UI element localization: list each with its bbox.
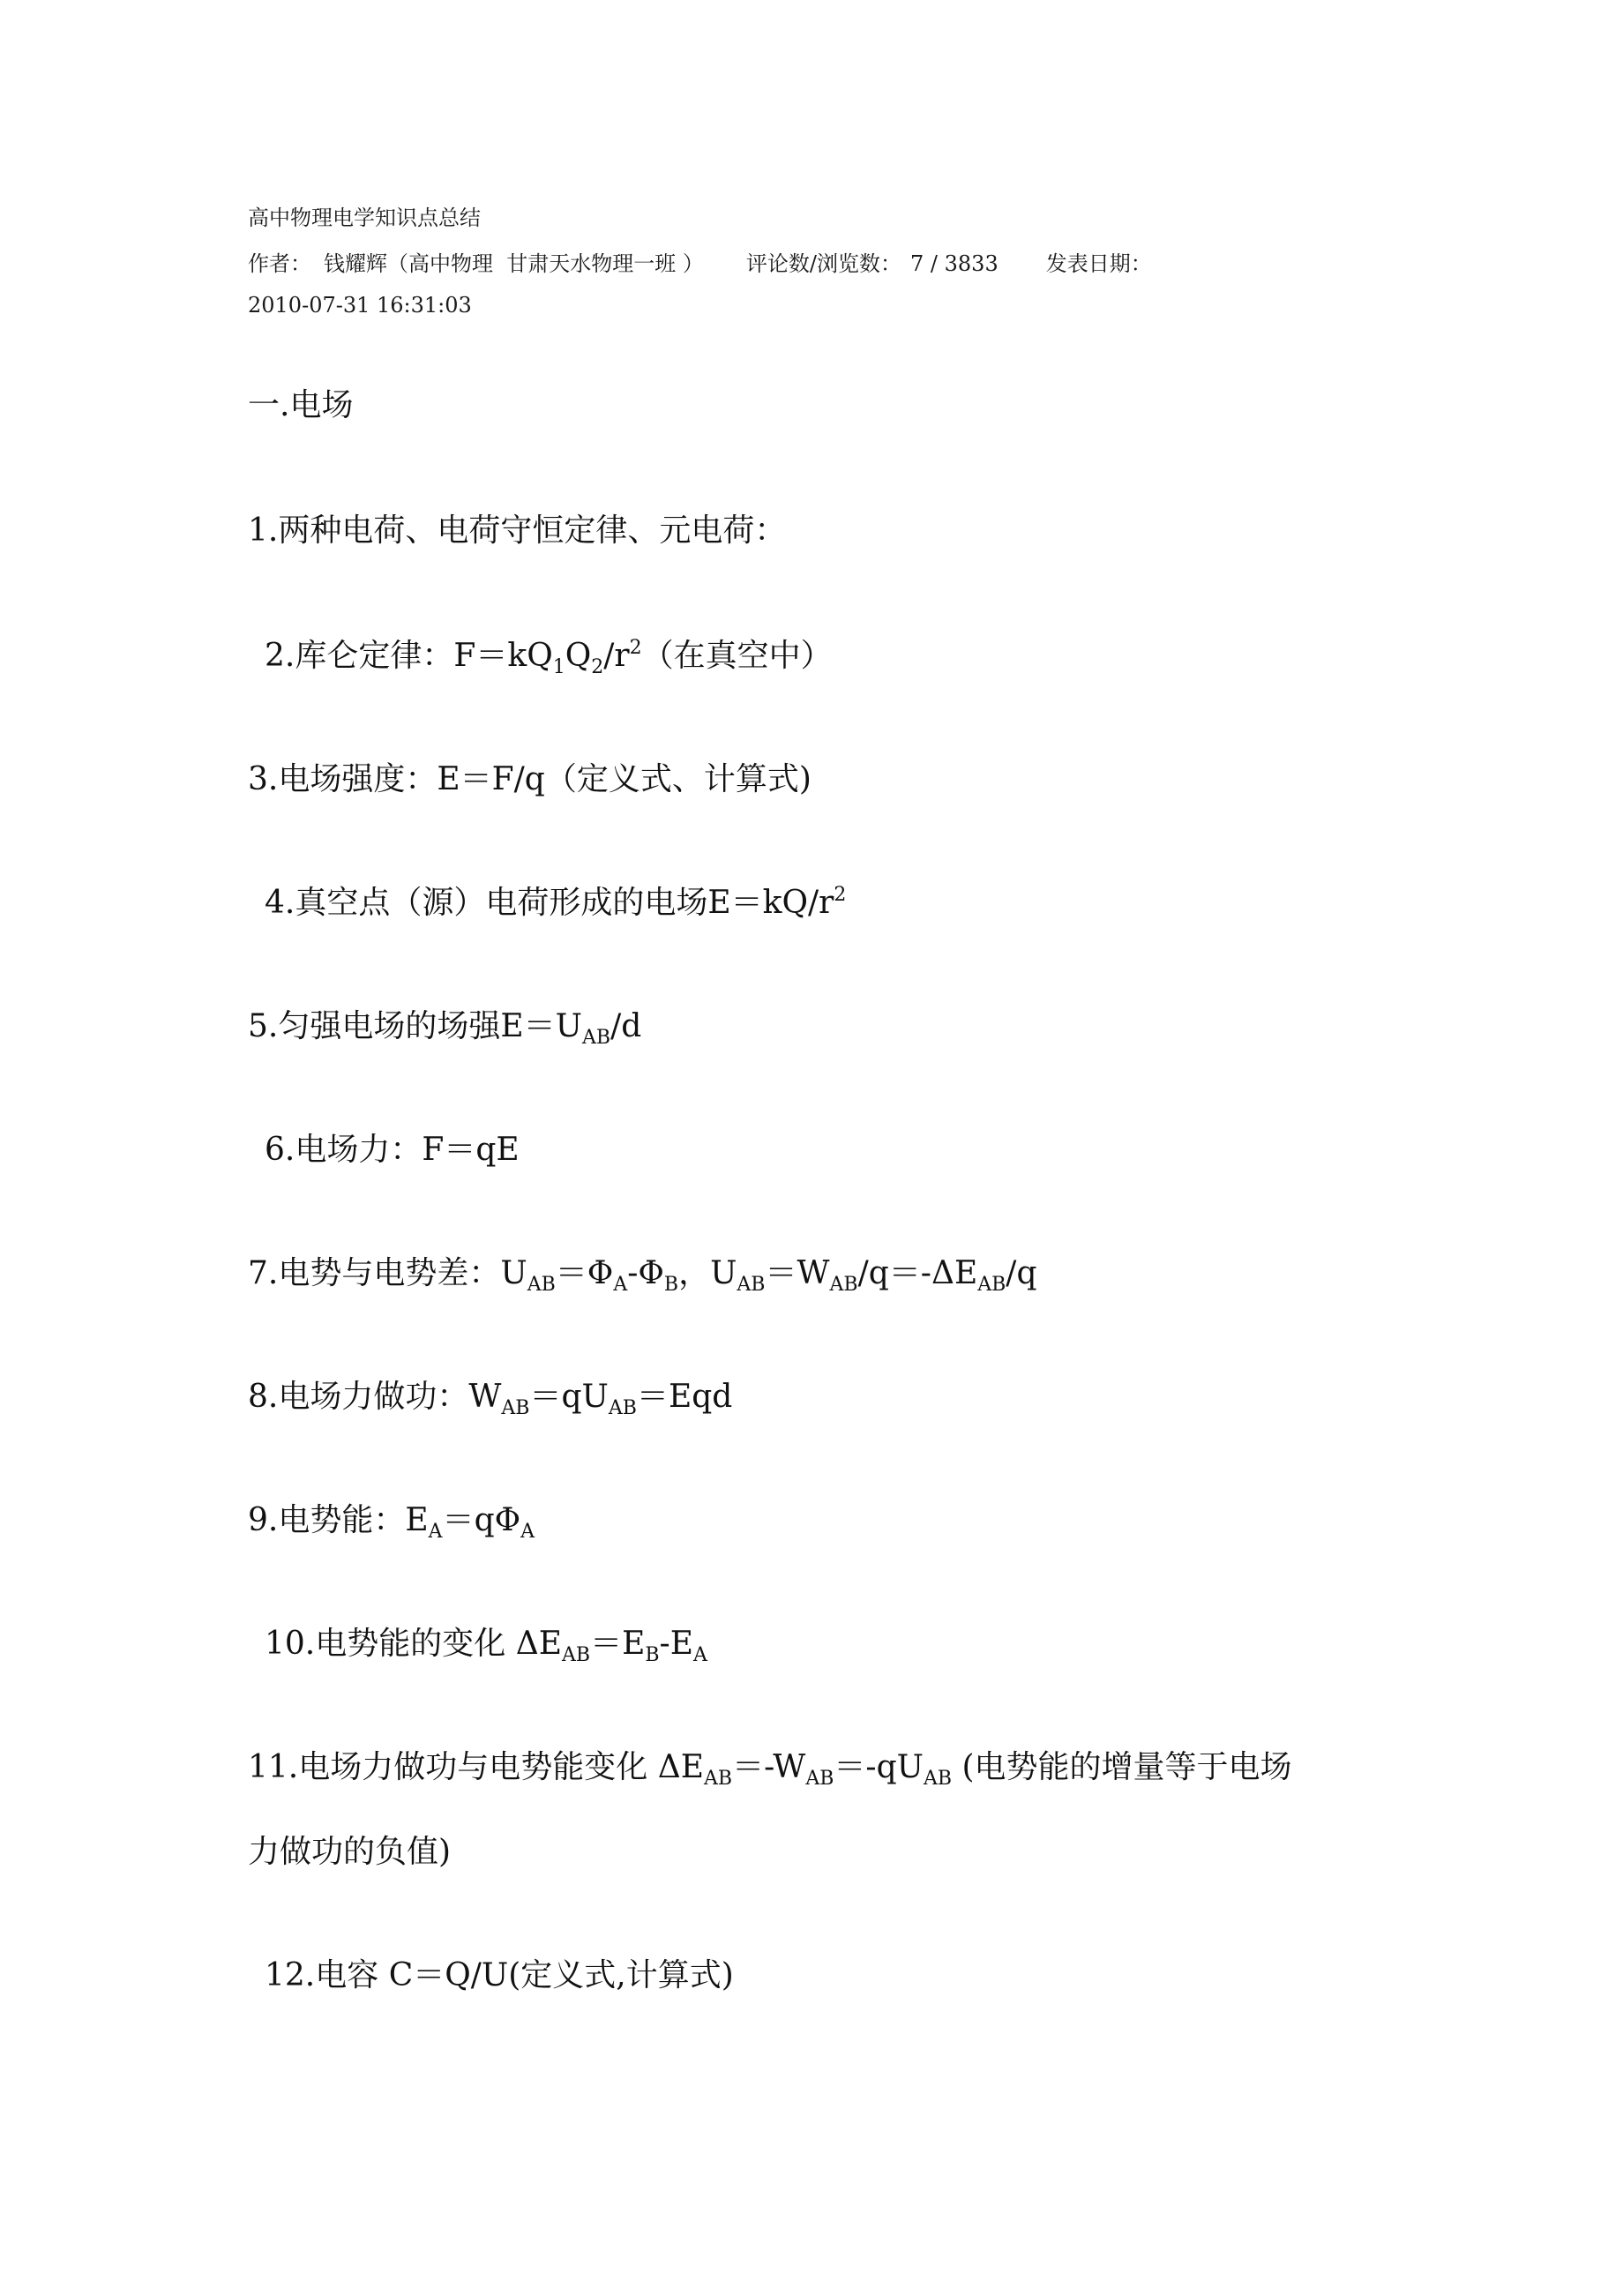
list-item: 8.电场力做功：WAB＝qUAB＝Eqd: [248, 1378, 732, 1417]
item-number: 8.: [248, 1379, 278, 1415]
formula: E＝kQ/r2: [707, 885, 846, 921]
author-label: 作者：: [248, 251, 311, 276]
list-item: 9.电势能：EA＝qΦA: [248, 1501, 535, 1540]
item-label: 电场强度：: [278, 761, 437, 797]
stats-separator: /: [931, 251, 938, 276]
list-item: 2.库仑定律：F＝kQ1Q2/r2（在真空中）: [265, 637, 833, 676]
item-number: 2.: [265, 638, 295, 674]
list-item: 7.电势与电势差：UAB＝ΦA-ΦB，UAB＝WAB/q＝-ΔEAB/q: [248, 1254, 1036, 1293]
item-label: 电势能：: [278, 1502, 405, 1538]
formula: E＝F/q: [437, 761, 544, 797]
formula: EA＝qΦA: [405, 1502, 535, 1538]
formula: F＝qE: [422, 1132, 519, 1168]
list-item: 3.电场强度：E＝F/q（定义式、计算式): [248, 760, 811, 799]
item-number: 6.: [265, 1132, 295, 1168]
item-number: 11.: [248, 1749, 298, 1785]
item-number: 1.: [248, 512, 278, 549]
formula: ΔEAB＝-WAB＝-qUAB: [658, 1749, 952, 1785]
item-label: 电场力做功与电势能变化: [298, 1749, 647, 1785]
list-item: 6.电场力：F＝qE: [265, 1131, 520, 1170]
item-label: 匀强电场的场强: [278, 1008, 500, 1044]
formula: ΔEAB＝EB-EA: [516, 1626, 707, 1662]
item-number: 4.: [265, 885, 295, 921]
date-label: 发表日期：: [1046, 251, 1152, 276]
item-label: 电场力：: [295, 1132, 422, 1168]
formula: C＝Q/U: [389, 1957, 509, 1993]
formula: F＝kQ1Q2/r2: [453, 638, 641, 674]
list-item: 1.两种电荷、电荷守恒定律、元电荷：: [248, 512, 786, 550]
document-title: 高中物理电学知识点总结: [248, 205, 481, 231]
item-label: 库仑定律：: [295, 638, 453, 674]
item-text: 两种电荷、电荷守恒定律、元电荷：: [278, 512, 786, 549]
item-number: 7.: [248, 1255, 278, 1291]
publish-date: 2010-07-31 16:31:03: [248, 292, 472, 318]
list-item: 10.电势能的变化 ΔEAB＝EB-EA: [265, 1625, 707, 1664]
list-item-continuation: 力做功的负值): [248, 1833, 451, 1872]
item-label: 电势能的变化: [315, 1626, 505, 1662]
item-number: 5.: [248, 1008, 278, 1044]
stats-label: 评论数/浏览数：: [746, 251, 901, 276]
list-item: 11.电场力做功与电势能变化 ΔEAB＝-WAB＝-qUAB (电势能的增量等于…: [248, 1748, 1292, 1787]
item-label: 真空点（源）电荷形成的电场: [295, 885, 707, 921]
formula: E＝UAB/d: [500, 1008, 641, 1044]
item-number: 10.: [265, 1626, 315, 1662]
author-name: 钱耀辉（高中物理 甘肃天水物理一班 ）: [324, 251, 704, 276]
list-item: 4.真空点（源）电荷形成的电场E＝kQ/r2: [265, 884, 846, 923]
item-label: 电势与电势差：: [278, 1255, 500, 1291]
item-label: 电场力做功：: [278, 1379, 468, 1415]
meta-line: 作者：钱耀辉（高中物理 甘肃天水物理一班 ）评论数/浏览数：7 / 3833发表…: [248, 251, 1152, 277]
item-note: （在真空中）: [642, 638, 833, 674]
item-note: （定义式、计算式): [545, 761, 811, 797]
item-label: 电容: [315, 1957, 378, 1993]
section-title: 一.电场: [248, 386, 353, 425]
view-count: 3833: [945, 251, 998, 276]
list-item: 5.匀强电场的场强E＝UAB/d: [248, 1007, 641, 1046]
list-item: 12.电容 C＝Q/U(定义式,计算式): [265, 1956, 734, 1995]
item-number: 12.: [265, 1957, 315, 1993]
item-number: 9.: [248, 1502, 278, 1538]
item-note: (定义式,计算式): [508, 1957, 734, 1993]
comment-count: 7: [910, 251, 924, 276]
item-number: 3.: [248, 761, 278, 797]
item-note: (电势能的增量等于电场: [961, 1749, 1291, 1785]
formula: WAB＝qUAB＝Eqd: [468, 1379, 732, 1415]
document-page: 高中物理电学知识点总结 作者：钱耀辉（高中物理 甘肃天水物理一班 ）评论数/浏览…: [0, 0, 1623, 2296]
formula: UAB＝ΦA-ΦB，UAB＝WAB/q＝-ΔEAB/q: [500, 1255, 1036, 1291]
